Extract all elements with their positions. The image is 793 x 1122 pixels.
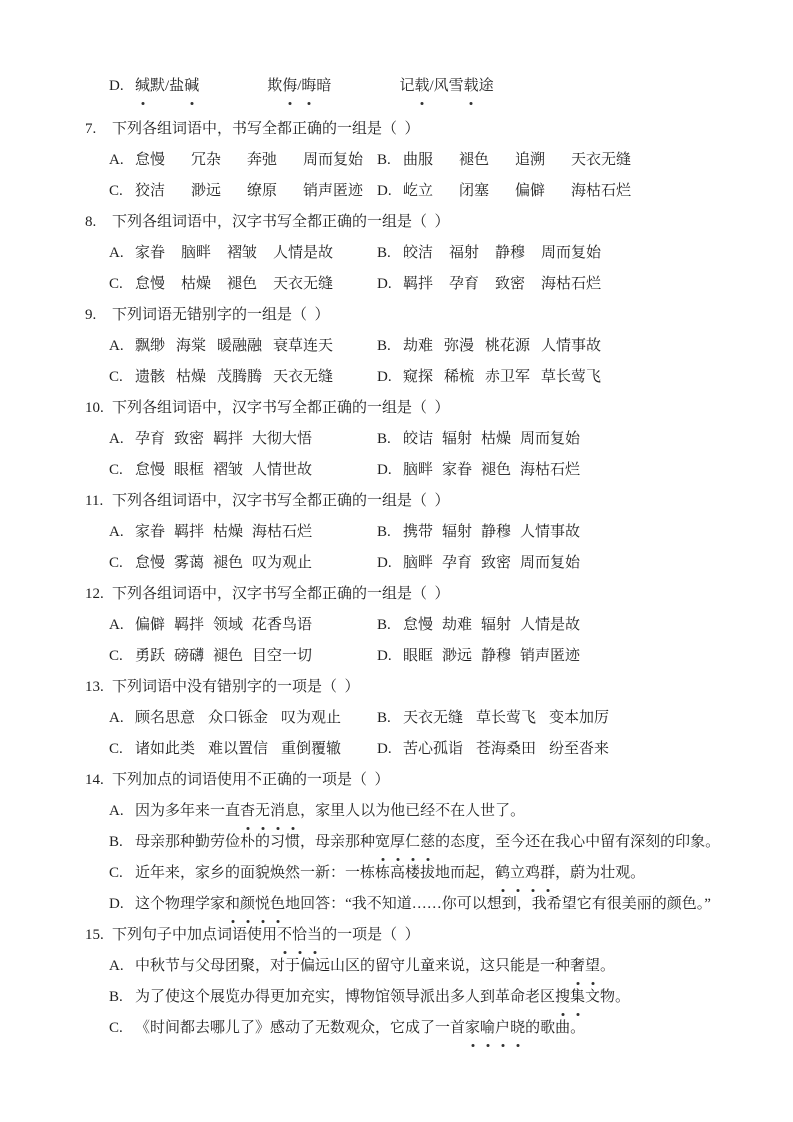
answer-option: B.皎洁福射静穆周而复始: [377, 245, 601, 261]
option-sentence-row: A.中秋节与父母团聚，对于偏远山区的留守儿童来说，这只能是一种奢望。: [85, 951, 755, 982]
answer-option: B.曲服褪色追溯天衣无缝: [377, 152, 631, 168]
option-label: A.: [109, 796, 135, 827]
answer-option: C.怠慢眼框褶皱人情世故: [109, 455, 377, 486]
option-word: 顾名思意: [135, 703, 195, 734]
option-word: 家眷: [442, 455, 472, 486]
option-label: B.: [377, 610, 403, 641]
exam-page: D.缄默/盐碱欺侮/晦暗记载/风雪载途7.下列各组词语中，书写全都正确的一组是（…: [0, 0, 793, 1122]
option-word: 天衣无缝: [273, 362, 333, 393]
option-label: D.: [377, 269, 403, 300]
option-word: 褪色: [227, 269, 257, 300]
option-word: 致密: [495, 269, 525, 300]
answer-option: C.狡洁渺远缭原销声匿迹: [109, 176, 377, 207]
answer-option: D.眼眶渺远静穆销声匿迹: [377, 648, 580, 664]
emphasis-char: 鸡: [525, 858, 540, 889]
option-label: B.: [377, 703, 403, 734]
option-row: A.顾名思意众口铄金叹为观止B.天衣无缝草长莺飞变本加厉: [85, 703, 755, 734]
option-word: 怠慢: [403, 610, 433, 641]
text-segment: 下列各组词语中，汉字书写全都正确的一组是（ ）: [112, 400, 450, 416]
answer-option: A.飘缈海棠暖融融衰草连天: [109, 331, 377, 362]
option-row: C.遗骸枯燥茂腾腾天衣无缝D.窥探稀梳赤卫军草长莺飞: [85, 362, 755, 393]
option-word: 怠慢: [135, 548, 165, 579]
option-word: 褶皱: [213, 455, 243, 486]
question-8: 8.下列各组词语中，汉字书写全都正确的一组是（ ）A.家眷脑畔褶皱人情是故B.皎…: [85, 207, 755, 300]
option-word: 纷至沓来: [549, 734, 609, 765]
text-segment: 的一项是（ ）: [322, 927, 420, 943]
option-word: 怠慢: [135, 455, 165, 486]
option-label: A.: [109, 703, 135, 734]
emphasis-char: 侮: [282, 71, 297, 102]
option-word: 茂腾腾: [217, 362, 262, 393]
emphasis-char: 宽: [375, 827, 390, 858]
emphasis-char: 鹤: [495, 858, 510, 889]
option-row: C.诸如此类难以置信重倒覆辙D.苦心孤诣苍海桑田纷至沓来: [85, 734, 755, 765]
question-title: 11.下列各组词语中，汉字书写全都正确的一组是（ ）: [85, 486, 755, 517]
option-label: A.: [109, 951, 135, 982]
option-row: C.怠慢枯燥褪色天衣无缝D.羁拌孕育致密海枯石烂: [85, 269, 755, 300]
option-word: 孕育: [449, 269, 479, 300]
option-word: 重倒覆辙: [281, 734, 341, 765]
option-word: 羁拌: [213, 424, 243, 455]
text-segment: ，蔚为壮观。: [555, 865, 645, 881]
option-word: 窥探: [403, 362, 433, 393]
question-title-text: 下列词语无错别字的一组是（ ）: [112, 307, 330, 323]
option-word: 静穆: [495, 238, 525, 269]
option-word: 领域: [213, 610, 243, 641]
option-word: 暖融融: [217, 331, 262, 362]
question-title: 7.下列各组词语中，书写全都正确的一组是（ ）: [85, 114, 755, 145]
option-sentence-row: C.近年来，家乡的面貌焕然一新：一栋栋高楼拔地而起，鹤立鸡群，蔚为壮观。: [85, 858, 755, 889]
text-segment: 。: [600, 958, 615, 974]
answer-option: D.屹立闭塞偏僻海枯石烂: [377, 183, 631, 199]
answer-option: B.怠慢劫难辐射人情是故: [377, 617, 580, 633]
option-word: 枯燥: [213, 517, 243, 548]
option-word: 褪色: [481, 455, 511, 486]
option-row: A.孕育致密羁拌大彻大悟B.皎诘辐射枯燥周而复始: [85, 424, 755, 455]
emphasized-text: 奢望: [570, 958, 600, 974]
option-word: 闭塞: [459, 176, 489, 207]
question-number: 13.: [85, 672, 112, 703]
answer-option: B.携带辐射静穆人情事故: [377, 524, 580, 540]
emphasis-char: 色: [270, 889, 285, 920]
emphasis-char: 家: [465, 1013, 480, 1044]
question-14: 14.下列加点的词语使用不正确的一项是（ ）A.因为多年来一直杳无消息，家里人以…: [85, 765, 755, 920]
option-label: D.: [377, 548, 403, 579]
question-title-text: 下列句子中加点词语使用不恰当的一项是（ ）: [112, 927, 420, 943]
option-word: 致密: [481, 548, 511, 579]
option-word: 海枯石烂: [571, 176, 631, 207]
emphasized-text: 和颜悦色: [225, 896, 285, 912]
word-pair-group: 欺侮/晦暗: [267, 71, 331, 102]
option-word: 劫难: [442, 610, 472, 641]
question-title: 10.下列各组词语中，汉字书写全都正确的一组是（ ）: [85, 393, 755, 424]
option-word: 脑畔: [403, 548, 433, 579]
option-word: 人情是故: [520, 610, 580, 641]
answer-option: A.怠慢冗杂奔弛周而复始: [109, 145, 377, 176]
question-number: 8.: [85, 207, 112, 238]
question-title-text: 下列各组词语中，汉字书写全都正确的一组是（ ）: [112, 493, 450, 509]
option-word: 赤卫军: [485, 362, 530, 393]
option-label: A.: [109, 145, 135, 176]
option-label: B.: [377, 517, 403, 548]
option-label: B.: [377, 331, 403, 362]
option-word: 冗杂: [191, 145, 221, 176]
option-label: C.: [109, 734, 135, 765]
option-word: 劫难: [403, 331, 433, 362]
option-word: 怠慢: [135, 269, 165, 300]
option-word: 缭原: [247, 176, 277, 207]
question-9: 9.下列词语无错别字的一组是（ ）A.飘缈海棠暖融融衰草连天B.劫难弥漫桃花源人…: [85, 300, 755, 393]
question-number: 10.: [85, 393, 112, 424]
option-label: D.: [377, 455, 403, 486]
option-word: 渺远: [442, 641, 472, 672]
option-row: A.飘缈海棠暖融融衰草连天B.劫难弥漫桃花源人情事故: [85, 331, 755, 362]
option-word: 偏僻: [135, 610, 165, 641]
option-word: 家眷: [135, 517, 165, 548]
text-segment: 下列加点的词语使用不正确的一项是（ ）: [112, 772, 390, 788]
text-segment: ，家里人以为他已经不在人世了。: [300, 803, 525, 819]
emphasis-char: 喻: [480, 1013, 495, 1044]
option-word: 稀梳: [444, 362, 474, 393]
text-segment: 记: [399, 78, 414, 94]
question-number: 14.: [85, 765, 112, 796]
option-label: D.: [377, 176, 403, 207]
option-word: 飘缈: [135, 331, 165, 362]
text-segment: 下列句子中加点词语使用: [112, 927, 277, 943]
option-word: 草长莺飞: [541, 362, 601, 393]
word-pair-group: 缄默/盐碱: [135, 71, 199, 102]
option-sentence-row: A.因为多年来一直杳无消息，家里人以为他已经不在人世了。: [85, 796, 755, 827]
emphasis-char: 悦: [255, 889, 270, 920]
option-word: 销声匿迹: [303, 176, 363, 207]
text-segment: 下列各组词语中，书写全都正确的一组是（ ）: [112, 121, 420, 137]
question-title-text: 下列各组词语中，汉字书写全都正确的一组是（ ）: [112, 400, 450, 416]
emphasis-char: 集: [570, 982, 585, 1013]
option-label: D.: [377, 362, 403, 393]
text-segment: 的歌曲。: [525, 1020, 585, 1036]
option-word: 枯燥: [176, 362, 206, 393]
option-word: 雾蔼: [174, 548, 204, 579]
answer-option: D.脑畔家眷褪色海枯石烂: [377, 462, 580, 478]
emphasis-char: 消: [270, 796, 285, 827]
emphasized-text: 搜集: [555, 989, 585, 1005]
emphasized-text: 晦: [301, 78, 316, 94]
option-label: C.: [109, 269, 135, 300]
emphasized-text: 家喻户晓: [465, 1020, 525, 1036]
orphan-option-line: D.缄默/盐碱欺侮/晦暗记载/风雪载途: [85, 71, 755, 102]
emphasis-char: 搜: [555, 982, 570, 1013]
option-label: A.: [109, 331, 135, 362]
text-segment: 母亲那种勤劳俭朴的习惯，母亲那种: [135, 834, 375, 850]
text-segment: 《时间都去哪儿了》感动了无数观众，它成了一首: [135, 1020, 465, 1036]
option-label: C.: [109, 858, 135, 889]
answer-option: B.皎诘辐射枯燥周而复始: [377, 431, 580, 447]
text-segment: 因为多年来一直: [135, 803, 240, 819]
text-segment: 下列词语中没有错别字的一项是（ ）: [112, 679, 360, 695]
exam-document-content: D.缄默/盐碱欺侮/晦暗记载/风雪载途7.下列各组词语中，书写全都正确的一组是（…: [85, 71, 755, 1044]
option-word: 衰草连天: [273, 331, 333, 362]
option-word: 海枯石烂: [520, 455, 580, 486]
option-word: 奔弛: [247, 145, 277, 176]
option-word: 目空一切: [252, 641, 312, 672]
option-word: 海枯石烂: [252, 517, 312, 548]
emphasized-text: 缄: [135, 78, 150, 94]
option-row: C.狡洁渺远缭原销声匿迹D.屹立闭塞偏僻海枯石烂: [85, 176, 755, 207]
option-row: C.怠慢眼框褶皱人情世故D.脑畔家眷褪色海枯石烂: [85, 455, 755, 486]
question-number: 15.: [85, 920, 112, 951]
emphasis-char: 不: [277, 920, 292, 951]
emphasis-char: 恰: [292, 920, 307, 951]
emphasis-char: 慈: [420, 827, 435, 858]
emphasis-char: 奢: [570, 951, 585, 982]
question-number: 12.: [85, 579, 112, 610]
option-label: C.: [109, 1013, 135, 1044]
option-label: C.: [109, 548, 135, 579]
option-word: 致密: [174, 424, 204, 455]
option-word: 桃花源: [485, 331, 530, 362]
option-word: 孕育: [442, 548, 472, 579]
option-word: 辐射: [442, 424, 472, 455]
option-word: 携带: [403, 517, 433, 548]
option-sentence-row: B.为了使这个展览办得更加充实，博物馆领导派出多人到革命老区搜集文物。: [85, 982, 755, 1013]
option-word: 静穆: [481, 517, 511, 548]
option-word: 海棠: [176, 331, 206, 362]
emphasis-char: 晓: [510, 1013, 525, 1044]
answer-option: C.遗骸枯燥茂腾腾天衣无缝: [109, 362, 377, 393]
emphasized-text: 杳无消息: [240, 803, 300, 819]
question-title-text: 下列加点的词语使用不正确的一项是（ ）: [112, 772, 390, 788]
option-sentence-row: C.《时间都去哪儿了》感动了无数观众，它成了一首家喻户晓的歌曲。: [85, 1013, 755, 1044]
option-label: A.: [109, 517, 135, 548]
option-label: C.: [109, 176, 135, 207]
emphasis-char: 仁: [405, 827, 420, 858]
text-segment: 地回答：“我不知道……你可以想到，我希望它有很美丽的颜色。”: [285, 896, 711, 912]
option-word: 皎洁: [403, 238, 433, 269]
answer-option: C.勇跃磅礴褪色目空一切: [109, 641, 377, 672]
option-row: A.偏僻羁拌领域花香鸟语B.怠慢劫难辐射人情是故: [85, 610, 755, 641]
option-word: 草长莺飞: [476, 703, 536, 734]
option-word: 脑畔: [403, 455, 433, 486]
emphasis-char: 晦: [301, 71, 316, 102]
option-word: 辐射: [481, 610, 511, 641]
answer-option: B.天衣无缝草长莺飞变本加厉: [377, 710, 609, 726]
option-word: 屹立: [403, 176, 433, 207]
text-segment: 下列词语无错别字的一组是（ ）: [112, 307, 330, 323]
answer-option: A.家眷羁拌枯燥海枯石烂: [109, 517, 377, 548]
option-word: 眼框: [174, 455, 204, 486]
text-segment: 为了使这个展览办得更加充实，博物馆领导派出多人到革命老区: [135, 989, 555, 1005]
answer-option: D.苦心孤诣苍海桑田纷至沓来: [377, 741, 609, 757]
option-word: 皎诘: [403, 424, 433, 455]
option-label: D.: [109, 889, 135, 920]
option-label: B.: [109, 827, 135, 858]
option-word: 狡洁: [135, 176, 165, 207]
option-label: B.: [377, 238, 403, 269]
question-title: 15.下列句子中加点词语使用不恰当的一项是（ ）: [85, 920, 755, 951]
option-word: 众口铄金: [208, 703, 268, 734]
option-label: D.: [109, 71, 135, 102]
emphasis-char: 群: [540, 858, 555, 889]
option-row: A.怠慢冗杂奔弛周而复始B.曲服褪色追溯天衣无缝: [85, 145, 755, 176]
option-word: 福射: [449, 238, 479, 269]
question-title-text: 下列词语中没有错别字的一项是（ ）: [112, 679, 360, 695]
option-row: A.家眷羁拌枯燥海枯石烂B.携带辐射静穆人情事故: [85, 517, 755, 548]
option-word: 眼眶: [403, 641, 433, 672]
option-sentence-row: B.母亲那种勤劳俭朴的习惯，母亲那种宽厚仁慈的态度，至今还在我心中留有深刻的印象…: [85, 827, 755, 858]
emphasis-char: 缄: [135, 71, 150, 102]
option-word: 怠慢: [135, 145, 165, 176]
text-segment: 下列各组词语中，汉字书写全都正确的一组是（ ）: [112, 214, 450, 230]
option-label: B.: [109, 982, 135, 1013]
option-word: 人情是故: [273, 238, 333, 269]
option-label: C.: [109, 641, 135, 672]
option-word: 褪色: [213, 548, 243, 579]
answer-option: C.怠慢枯燥褪色天衣无缝: [109, 269, 377, 300]
text-segment: 的态度，至今还在我心中留有深刻的印象。: [435, 834, 720, 850]
option-word: 褪色: [459, 145, 489, 176]
answer-option: C.怠慢雾蔼褪色叹为观止: [109, 548, 377, 579]
answer-option: A.偏僻羁拌领域花香鸟语: [109, 610, 377, 641]
answer-option: A.家眷脑畔褶皱人情是故: [109, 238, 377, 269]
option-word: 辐射: [442, 517, 472, 548]
text-segment: 途: [479, 78, 494, 94]
option-word: 遗骸: [135, 362, 165, 393]
emphasis-char: 碱: [184, 71, 199, 102]
option-sentence-row: D.这个物理学家和颜悦色地回答：“我不知道……你可以想到，我希望它有很美丽的颜色…: [85, 889, 755, 920]
option-row: C.怠慢雾蔼褪色叹为观止D.脑畔孕育致密周而复始: [85, 548, 755, 579]
answer-option: D.窥探稀梳赤卫军草长莺飞: [377, 369, 601, 385]
option-word: 枯燥: [181, 269, 211, 300]
option-word: 褶皱: [227, 238, 257, 269]
question-11: 11.下列各组词语中，汉字书写全都正确的一组是（ ）A.家眷羁拌枯燥海枯石烂B.…: [85, 486, 755, 579]
option-word: 变本加厉: [549, 703, 609, 734]
text-segment: 文物。: [585, 989, 630, 1005]
option-word: 脑畔: [181, 238, 211, 269]
emphasis-char: 和: [225, 889, 240, 920]
option-word: 羁拌: [174, 517, 204, 548]
emphasis-char: 厚: [390, 827, 405, 858]
answer-option: A.孕育致密羁拌大彻大悟: [109, 424, 377, 455]
emphasis-char: 当: [307, 920, 322, 951]
emphasis-char: 立: [510, 858, 525, 889]
option-word: 人情事故: [520, 517, 580, 548]
emphasized-text: 载: [464, 78, 479, 94]
option-word: 人情世故: [252, 455, 312, 486]
option-word: 天衣无缝: [273, 269, 333, 300]
answer-option: A.顾名思意众口铄金叹为观止: [109, 703, 377, 734]
question-title: 8.下列各组词语中，汉字书写全都正确的一组是（ ）: [85, 207, 755, 238]
answer-option: C.诸如此类难以置信重倒覆辙: [109, 734, 377, 765]
option-label: B.: [377, 145, 403, 176]
text-segment: 近年来，家乡的面貌焕然一新：一栋栋高楼拔地而起，: [135, 865, 495, 881]
option-label: D.: [377, 641, 403, 672]
option-row: C.勇跃磅礴褪色目空一切D.眼眶渺远静穆销声匿迹: [85, 641, 755, 672]
option-word: 周而复始: [520, 424, 580, 455]
option-word: 静穆: [481, 641, 511, 672]
option-word: 销声匿迹: [520, 641, 580, 672]
option-word: 周而复始: [520, 548, 580, 579]
option-label: C.: [109, 362, 135, 393]
question-title: 9.下列词语无错别字的一组是（ ）: [85, 300, 755, 331]
emphasized-text: 侮: [282, 78, 297, 94]
option-label: C.: [109, 455, 135, 486]
question-number: 7.: [85, 114, 112, 145]
option-word: 家眷: [135, 238, 165, 269]
option-word: 渺远: [191, 176, 221, 207]
emphasized-text: 不恰当: [277, 927, 322, 943]
text-segment: 下列各组词语中，汉字书写全都正确的一组是（ ）: [112, 493, 450, 509]
option-word: 勇跃: [135, 641, 165, 672]
question-12: 12.下列各组词语中，汉字书写全都正确的一组是（ ）A.偏僻羁拌领域花香鸟语B.…: [85, 579, 755, 672]
option-word: 叹为观止: [281, 703, 341, 734]
option-word: 追溯: [515, 145, 545, 176]
question-7: 7.下列各组词语中，书写全都正确的一组是（ ）A.怠慢冗杂奔弛周而复始B.曲服褪…: [85, 114, 755, 207]
option-word: 海枯石烂: [541, 269, 601, 300]
emphasis-char: 息: [285, 796, 300, 827]
option-label: A.: [109, 238, 135, 269]
text-segment: /风雪: [429, 78, 463, 94]
text-segment: 欺: [267, 78, 282, 94]
question-13: 13.下列词语中没有错别字的一项是（ ）A.顾名思意众口铄金叹为观止B.天衣无缝…: [85, 672, 755, 765]
option-word: 人情事故: [541, 331, 601, 362]
emphasis-char: 户: [495, 1013, 510, 1044]
question-10: 10.下列各组词语中，汉字书写全都正确的一组是（ ）A.孕育致密羁拌大彻大悟B.…: [85, 393, 755, 486]
option-word: 羁拌: [174, 610, 204, 641]
option-word: 叹为观止: [252, 548, 312, 579]
option-word: 磅礴: [174, 641, 204, 672]
option-row: A.家眷脑畔褶皱人情是故B.皎洁福射静穆周而复始: [85, 238, 755, 269]
option-word: 诸如此类: [135, 734, 195, 765]
emphasized-text: 鹤立鸡群: [495, 865, 555, 881]
question-title-text: 下列各组词语中，汉字书写全都正确的一组是（ ）: [112, 586, 450, 602]
word-pair-group: 记载/风雪载途: [399, 71, 493, 102]
text-segment: 暗: [316, 78, 331, 94]
option-word: 孕育: [135, 424, 165, 455]
option-word: 弥漫: [444, 331, 474, 362]
emphasized-text: 宽厚仁慈: [375, 834, 435, 850]
emphasis-char: 颜: [240, 889, 255, 920]
emphasized-text: 碱: [184, 78, 199, 94]
emphasis-char: 杳: [240, 796, 255, 827]
text-segment: 默/盐: [150, 78, 184, 94]
answer-option: D.羁拌孕育致密海枯石烂: [377, 276, 601, 292]
option-word: 周而复始: [303, 145, 363, 176]
emphasis-char: 载: [414, 71, 429, 102]
question-title: 13.下列词语中没有错别字的一项是（ ）: [85, 672, 755, 703]
option-label: A.: [109, 610, 135, 641]
option-label: D.: [377, 734, 403, 765]
option-word: 周而复始: [541, 238, 601, 269]
option-label: A.: [109, 424, 135, 455]
option-word: 苦心孤诣: [403, 734, 463, 765]
emphasis-char: 载: [464, 71, 479, 102]
text-segment: 下列各组词语中，汉字书写全都正确的一组是（ ）: [112, 586, 450, 602]
option-word: 花香鸟语: [252, 610, 312, 641]
emphasis-char: 望: [585, 951, 600, 982]
option-label: B.: [377, 424, 403, 455]
question-title-text: 下列各组词语中，汉字书写全都正确的一组是（ ）: [112, 214, 450, 230]
option-word: 曲服: [403, 145, 433, 176]
option-word: 偏僻: [515, 176, 545, 207]
question-15: 15.下列句子中加点词语使用不恰当的一项是（ ）A.中秋节与父母团聚，对于偏远山…: [85, 920, 755, 1044]
question-title: 14.下列加点的词语使用不正确的一项是（ ）: [85, 765, 755, 796]
question-title-text: 下列各组词语中，书写全都正确的一组是（ ）: [112, 121, 420, 137]
question-title: 12.下列各组词语中，汉字书写全都正确的一组是（ ）: [85, 579, 755, 610]
question-number: 11.: [85, 486, 112, 517]
option-word: 褪色: [213, 641, 243, 672]
answer-option: D.脑畔孕育致密周而复始: [377, 555, 580, 571]
option-word: 苍海桑田: [476, 734, 536, 765]
